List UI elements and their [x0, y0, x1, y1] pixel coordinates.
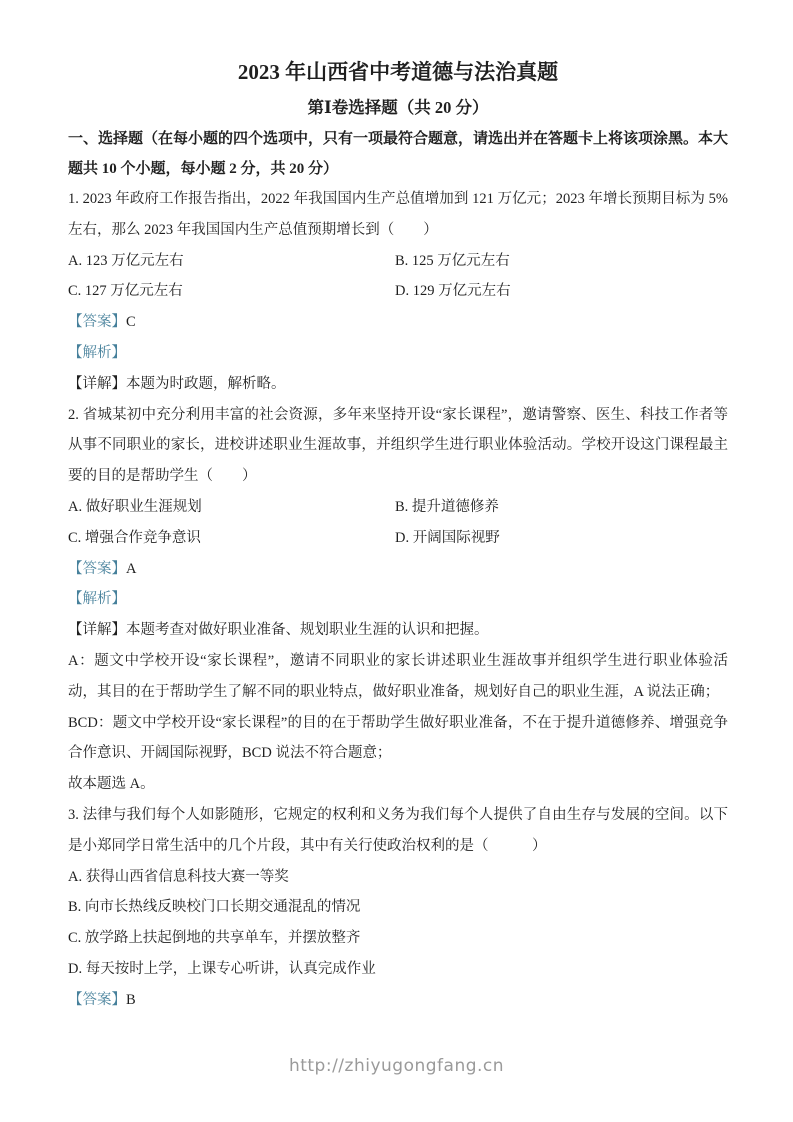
document-page: 2023 年山西省中考道德与法治真题 第Ⅰ卷选择题（共 20 分） 一、选择题（… [0, 0, 793, 1122]
question-1-stem: 1. 2023 年政府工作报告指出，2022 年我国国内生产总值增加到 121 … [68, 184, 728, 246]
page-subtitle: 第Ⅰ卷选择题（共 20 分） [68, 94, 728, 122]
question-2-option-b: B. 提升道德修养 [395, 492, 728, 523]
page-title: 2023 年山西省中考道德与法治真题 [68, 56, 728, 88]
question-1-option-d: D. 129 万亿元左右 [395, 276, 728, 307]
question-2-option-d: D. 开阔国际视野 [395, 523, 728, 554]
question-2-option-c: C. 增强合作竞争意识 [68, 523, 395, 554]
question-3-option-c: C. 放学路上扶起倒地的共享单车，并摆放整齐 [68, 923, 728, 954]
question-1-answer-line: 【答案】C [68, 307, 728, 338]
document-content: 2023 年山西省中考道德与法治真题 第Ⅰ卷选择题（共 20 分） 一、选择题（… [68, 56, 728, 1016]
question-2-detail-conclusion: 故本题选 A。 [68, 769, 728, 800]
question-2-option-a: A. 做好职业生涯规划 [68, 492, 395, 523]
question-2-detail-option-a: A：题文中学校开设“家长课程”，邀请不同职业的家长讲述职业生涯故事并组织学生进行… [68, 646, 728, 708]
question-1-detail: 【详解】本题为时政题，解析略。 [68, 369, 728, 400]
question-2-stem: 2. 省城某初中充分利用丰富的社会资源，多年来坚持开设“家长课程”，邀请警察、医… [68, 400, 728, 492]
section-intro: 一、选择题（在每小题的四个选项中，只有一项最符合题意，请选出并在答题卡上将该项涂… [68, 124, 728, 184]
answer-label: 【答案】 [68, 314, 126, 330]
question-3-option-d: D. 每天按时上学，上课专心听讲，认真完成作业 [68, 954, 728, 985]
question-3-answer-line: 【答案】B [68, 985, 728, 1016]
watermark-url: http://zhiyugongfang.cn [0, 1056, 793, 1076]
question-3-option-b: B. 向市长热线反映校门口长期交通混乱的情况 [68, 892, 728, 923]
question-2-detail-text: 本题考查对做好职业准备、规划职业生涯的认识和把握。 [126, 622, 489, 638]
answer-label: 【答案】 [68, 992, 126, 1008]
question-1-option-a: A. 123 万亿元左右 [68, 246, 395, 277]
question-3-stem: 3. 法律与我们每个人如影随形，它规定的权利和义务为我们每个人提供了自由生存与发… [68, 800, 728, 862]
question-2-analysis-label: 【解析】 [68, 584, 728, 615]
question-3-option-a: A. 获得山西省信息科技大赛一等奖 [68, 862, 728, 893]
question-3-answer-value: B [126, 992, 136, 1008]
question-1-detail-text: 本题为时政题，解析略。 [126, 376, 286, 392]
question-2-detail: 【详解】本题考查对做好职业准备、规划职业生涯的认识和把握。 [68, 615, 728, 646]
question-3-options: A. 获得山西省信息科技大赛一等奖 B. 向市长热线反映校门口长期交通混乱的情况… [68, 862, 728, 985]
detail-label: 【详解】 [68, 622, 126, 638]
question-2-detail-option-bcd: BCD：题文中学校开设“家长课程”的目的在于帮助学生做好职业准备，不在于提升道德… [68, 708, 728, 770]
question-1-options: A. 123 万亿元左右 B. 125 万亿元左右 C. 127 万亿元左右 D… [68, 246, 728, 308]
question-2-answer-value: A [126, 561, 136, 577]
answer-label: 【答案】 [68, 561, 126, 577]
detail-label: 【详解】 [68, 376, 126, 392]
question-2-answer-line: 【答案】A [68, 554, 728, 585]
question-1-option-b: B. 125 万亿元左右 [395, 246, 728, 277]
question-2-options: A. 做好职业生涯规划 B. 提升道德修养 C. 增强合作竞争意识 D. 开阔国… [68, 492, 728, 554]
question-1-answer-value: C [126, 314, 136, 330]
question-1-option-c: C. 127 万亿元左右 [68, 276, 395, 307]
question-1-analysis-label: 【解析】 [68, 338, 728, 369]
